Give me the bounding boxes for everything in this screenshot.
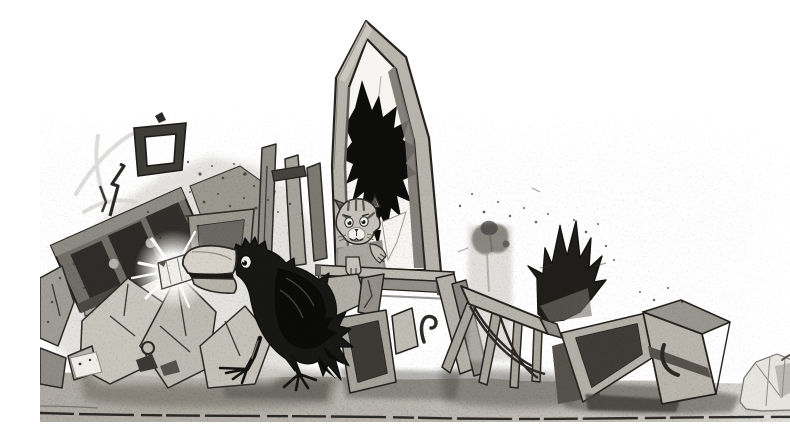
illustration-figure: Black-and-white storybook ink illustrati… xyxy=(40,16,790,422)
illustration-canvas: Black-and-white storybook ink illustrati… xyxy=(40,16,790,422)
paper-grain-overlay xyxy=(40,16,790,422)
